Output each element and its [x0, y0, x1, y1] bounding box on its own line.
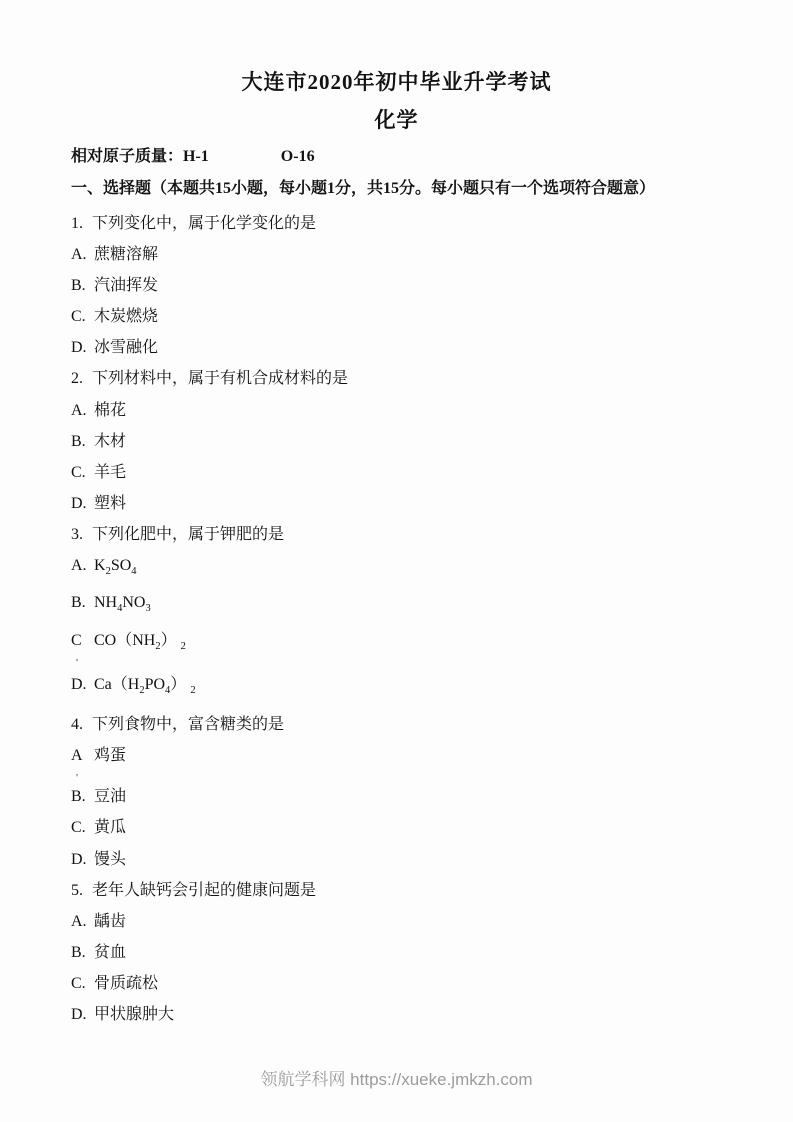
option-letter: C. — [71, 968, 94, 999]
option-row: B.贫血 — [0, 937, 793, 968]
footer-watermark: 领航学科网 https://xueke.jmkzh.com — [0, 1069, 793, 1091]
option-letter: D. — [71, 844, 94, 875]
option-text: 木炭燃烧 — [94, 308, 158, 325]
option-letter: B. — [71, 587, 94, 618]
option-row: A.龋齿 — [0, 906, 793, 937]
question-text: 1.下列变化中，属于化学变化的是 — [0, 208, 793, 239]
option-text: 塑料 — [94, 495, 126, 512]
option-row: C.骨质疏松 — [0, 968, 793, 999]
option-row: A鸡蛋' — [0, 740, 793, 771]
atomic-mass-label: 相对原子质量： — [71, 148, 183, 165]
option-text: 豆油 — [94, 788, 126, 805]
option-text: 贫血 — [94, 944, 126, 961]
question-stem: 下列化肥中，属于钾肥的是 — [92, 526, 284, 543]
option-formula: Ca（H2PO4） 2 — [94, 676, 196, 693]
question-stem: 老年人缺钙会引起的健康问题是 — [92, 882, 316, 899]
subject-title: 化学 — [0, 108, 793, 132]
option-text: 龋齿 — [94, 913, 126, 930]
option-row: D.馒头 — [0, 844, 793, 875]
question-stem: 下列食物中，富含糖类的是 — [92, 716, 284, 733]
exam-page: 大连市2020年初中毕业升学考试 化学 相对原子质量：H-1O-16 一、选择题… — [0, 0, 793, 1122]
option-text: 汽油挥发 — [94, 277, 158, 294]
question-text: 4.下列食物中，富含糖类的是 — [0, 709, 793, 740]
question-stem: 下列变化中，属于化学变化的是 — [92, 215, 316, 232]
question-stem: 下列材料中，属于有机合成材料的是 — [92, 370, 348, 387]
option-text: 甲状腺肿大 — [94, 1006, 174, 1023]
option-letter: D. — [71, 488, 94, 519]
option-row: A.K2SO4 — [0, 550, 793, 587]
atomic-mass-h: H-1 — [183, 148, 209, 165]
option-formula: K2SO4 — [94, 557, 137, 574]
option-row: B.豆油 — [0, 781, 793, 812]
question-text: 2.下列材料中，属于有机合成材料的是 — [0, 363, 793, 394]
option-letter: A. — [71, 550, 94, 581]
question-number: 3. — [71, 519, 92, 550]
question-number: 4. — [71, 709, 92, 740]
option-row: D.塑料 — [0, 488, 793, 519]
option-letter: A — [71, 740, 94, 771]
question-text: 5.老年人缺钙会引起的健康问题是 — [0, 875, 793, 906]
option-row: A.棉花 — [0, 395, 793, 426]
option-text: 鸡蛋 — [94, 747, 126, 764]
question-text: 3.下列化肥中，属于钾肥的是 — [0, 519, 793, 550]
option-text: 木材 — [94, 433, 126, 450]
option-row: B.木材 — [0, 426, 793, 457]
question-number: 2. — [71, 363, 92, 394]
page-title: 大连市2020年初中毕业升学考试 — [0, 0, 793, 94]
question-1: 1.下列变化中，属于化学变化的是 A.蔗糖溶解 B.汽油挥发 C.木炭燃烧 D.… — [0, 208, 793, 363]
questions-list: 1.下列变化中，属于化学变化的是 A.蔗糖溶解 B.汽油挥发 C.木炭燃烧 D.… — [0, 208, 793, 1030]
option-row: D.冰雪融化 — [0, 332, 793, 363]
option-row: C.羊毛 — [0, 457, 793, 488]
option-letter: C — [71, 625, 94, 656]
option-letter: C. — [71, 812, 94, 843]
stray-mark: ' — [76, 658, 78, 669]
option-row: CCO（NH2） 2' — [0, 625, 793, 662]
atomic-mass-line: 相对原子质量：H-1O-16 — [0, 146, 793, 167]
question-5: 5.老年人缺钙会引起的健康问题是 A.龋齿 B.贫血 C.骨质疏松 D.甲状腺肿… — [0, 875, 793, 1030]
option-text: 骨质疏松 — [94, 975, 158, 992]
question-number: 1. — [71, 208, 92, 239]
option-letter: A. — [71, 395, 94, 426]
option-text: 羊毛 — [94, 464, 126, 481]
option-letter: D. — [71, 669, 94, 700]
question-4: 4.下列食物中，富含糖类的是 A鸡蛋' B.豆油 C.黄瓜 D.馒头 — [0, 709, 793, 874]
option-formula: CO（NH2） 2 — [94, 632, 186, 649]
option-text: 棉花 — [94, 402, 126, 419]
option-formula: NH4NO3 — [94, 594, 151, 611]
atomic-mass-o: O-16 — [281, 148, 315, 165]
option-row: C.木炭燃烧 — [0, 301, 793, 332]
option-text: 黄瓜 — [94, 819, 126, 836]
option-letter: A. — [71, 906, 94, 937]
section-header: 一、选择题（本题共15小题，每小题1分，共15分。每小题只有一个选项符合题意） — [0, 178, 793, 199]
option-letter: B. — [71, 426, 94, 457]
option-letter: A. — [71, 239, 94, 270]
option-row: D.甲状腺肿大 — [0, 999, 793, 1030]
option-letter: C. — [71, 301, 94, 332]
option-letter: D. — [71, 332, 94, 363]
option-letter: B. — [71, 270, 94, 301]
option-row: A.蔗糖溶解 — [0, 239, 793, 270]
option-letter: B. — [71, 781, 94, 812]
option-letter: C. — [71, 457, 94, 488]
option-row: B.汽油挥发 — [0, 270, 793, 301]
option-row: D.Ca（H2PO4） 2 — [0, 669, 793, 706]
option-text: 馒头 — [94, 851, 126, 868]
option-row: B.NH4NO3 — [0, 587, 793, 624]
question-number: 5. — [71, 875, 92, 906]
option-letter: D. — [71, 999, 94, 1030]
option-text: 冰雪融化 — [94, 339, 158, 356]
question-3: 3.下列化肥中，属于钾肥的是 A.K2SO4 B.NH4NO3 CCO（NH2）… — [0, 519, 793, 706]
option-letter: B. — [71, 937, 94, 968]
question-2: 2.下列材料中，属于有机合成材料的是 A.棉花 B.木材 C.羊毛 D.塑料 — [0, 363, 793, 518]
option-text: 蔗糖溶解 — [94, 246, 158, 263]
option-row: C.黄瓜 — [0, 812, 793, 843]
